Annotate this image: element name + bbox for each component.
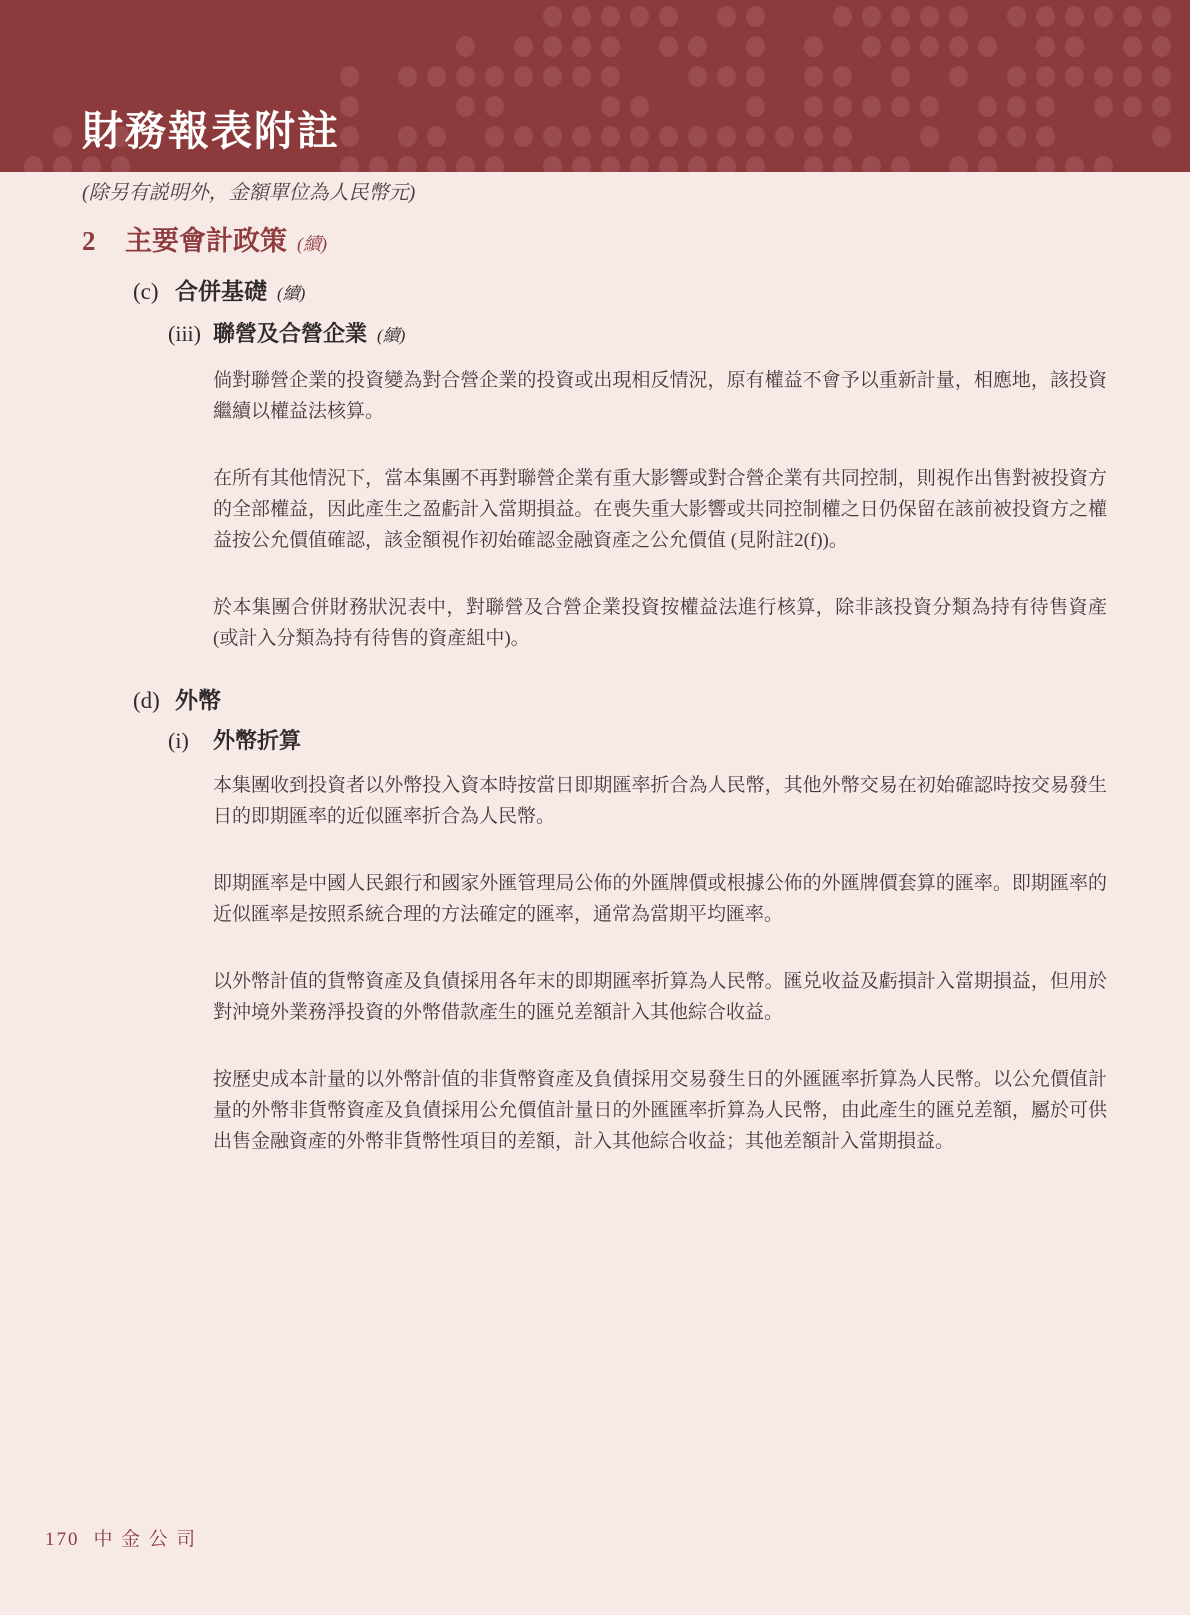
document-content: (除另有説明外，金額單位為人民幣元) 2主要會計政策(續) (c)合併基礎(續)… — [0, 172, 1190, 1157]
currency-note: (除另有説明外，金額單位為人民幣元) — [82, 180, 1190, 206]
body-paragraph: 即期匯率是中國人民銀行和國家外匯管理局公佈的外匯牌價或根據公佈的外匯牌價套算的匯… — [213, 868, 1107, 930]
subsection-c-heading: (c)合併基礎(續) — [0, 277, 1190, 309]
body-paragraph: 本集團收到投資者以外幣投入資本時按當日即期匯率折合為人民幣，其他外幣交易在初始確… — [213, 770, 1107, 832]
subsection-iii-title: 聯營及合營企業 — [213, 321, 367, 346]
subsection-i-heading: (i)外幣折算 — [0, 726, 1190, 756]
section-title: 主要會計政策 — [125, 226, 287, 256]
subsection-d-title: 外幣 — [175, 688, 221, 713]
body-paragraph: 按歷史成本計量的以外幣計值的非貨幣資產及負債採用交易發生日的外匯匯率折算為人民幣… — [213, 1064, 1107, 1157]
subsection-iii-continued-marker: (續) — [377, 326, 405, 345]
page-number: 170 — [45, 1529, 80, 1550]
body-paragraph: 於本集團合併財務狀況表中，對聯營及合營企業投資按權益法進行核算，除非該投資分類為… — [213, 592, 1107, 654]
subsection-iii-label: (iii) — [168, 319, 213, 349]
body-paragraph: 以外幣計值的貨幣資產及負債採用各年末的即期匯率折算為人民幣。匯兑收益及虧損計入當… — [213, 966, 1107, 1028]
page-title: 財務報表附註 — [82, 98, 340, 157]
subsection-i-label: (i) — [168, 726, 213, 756]
body-paragraph: 倘對聯營企業的投資變為對合營企業的投資或出現相反情況，原有權益不會予以重新計量，… — [213, 365, 1107, 427]
subsection-i-title: 外幣折算 — [213, 728, 301, 753]
subsection-iii-heading: (iii)聯營及合營企業(續) — [0, 319, 1190, 351]
section-heading: 2主要會計政策(續) — [0, 224, 1190, 261]
subsection-c-label: (c) — [133, 277, 175, 307]
section-continued-marker: (續) — [297, 234, 327, 254]
page-header-banner: 財務報表附註 — [0, 0, 1190, 172]
page-footer: 170中金公司 — [45, 1524, 204, 1551]
document-page: 財務報表附註 (除另有説明外，金額單位為人民幣元) 2主要會計政策(續) (c)… — [0, 0, 1190, 1615]
subsection-d-label: (d) — [133, 686, 175, 716]
body-paragraph: 在所有其他情況下，當本集團不再對聯營企業有重大影響或對合營企業有共同控制，則視作… — [213, 463, 1107, 556]
subsection-c-continued-marker: (續) — [277, 284, 305, 303]
section-number: 2 — [82, 224, 125, 258]
company-name: 中金公司 — [94, 1529, 204, 1550]
subsection-c-title: 合併基礎 — [175, 279, 267, 304]
subsection-d-heading: (d)外幣 — [0, 686, 1190, 716]
